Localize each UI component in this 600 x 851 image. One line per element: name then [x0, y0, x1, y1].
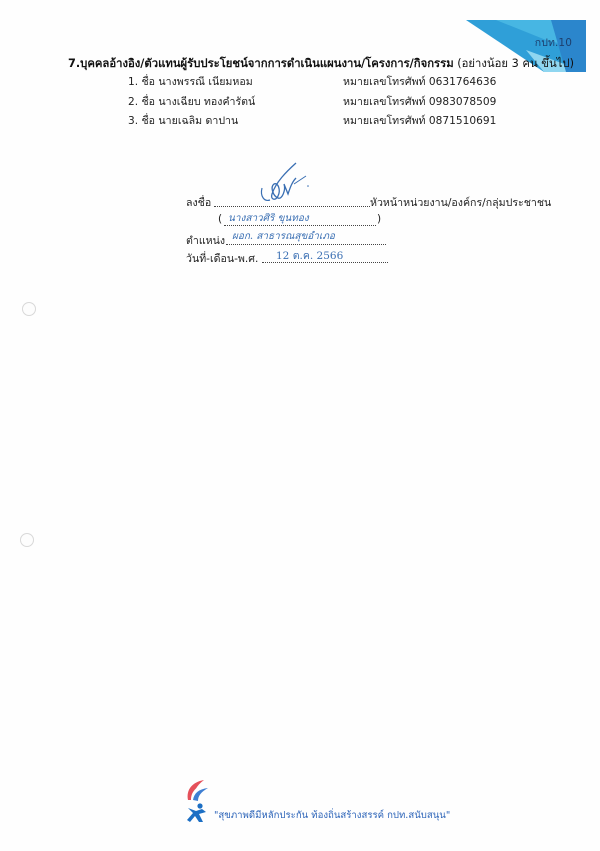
punch-hole-icon [20, 533, 34, 547]
fund-logo-icon [182, 778, 212, 828]
signer-role: หัวหน้าหน่วยงาน/องค์กร/กลุ่มประชาชน [370, 194, 551, 211]
printed-name-handwritten: นางสาวศิริ ขุนทอง [228, 211, 309, 226]
punch-hole-icon [22, 302, 36, 316]
document-page: กปท.10 7.บุคคลอ้างอิง/ตัวแทนผู้รับประโยช… [0, 0, 600, 851]
section-heading: 7.บุคคลอ้างอิง/ตัวแทนผู้รับประโยชน์จากกา… [68, 54, 574, 72]
reference-phone-3: หมายเลขโทรศัพท์ 0871510691 [343, 112, 496, 129]
sign-label: ลงชื่อ [186, 194, 211, 211]
reference-name-1: 1. ชื่อ นางพรรณี เนียมหอม [128, 73, 253, 90]
section-title: 7.บุคคลอ้างอิง/ตัวแทนผู้รับประโยชน์จากกา… [68, 57, 454, 70]
date-handwritten: 12 ต.ค. 2566 [276, 247, 343, 264]
reference-phone-2: หมายเลขโทรศัพท์ 0983078509 [343, 93, 496, 110]
open-paren: ( [218, 213, 222, 225]
position-label: ตำแหน่ง [186, 232, 225, 249]
section-note: (อย่างน้อย 3 คน ขึ้นไป) [457, 57, 574, 70]
reference-phone-1: หมายเลขโทรศัพท์ 0631764636 [343, 73, 496, 90]
sign-line [214, 206, 370, 207]
handwritten-signature-icon [248, 160, 318, 205]
position-handwritten: ผอก. สาธารณสุขอำเภอ [232, 229, 335, 244]
reference-name-2: 2. ชื่อ นางเฉียบ ทองคำรัตน์ [128, 93, 255, 110]
footer-slogan: "สุขภาพดีมีหลักประกัน ท้องถิ่นสร้างสรรค์… [214, 808, 450, 823]
form-code: กปท.10 [535, 34, 572, 51]
date-label: วันที่-เดือน-พ.ศ. [186, 250, 258, 267]
reference-name-3: 3. ชื่อ นายเฉลิม ดาปาน [128, 112, 238, 129]
close-paren: ) [377, 213, 381, 225]
position-line [226, 244, 386, 245]
